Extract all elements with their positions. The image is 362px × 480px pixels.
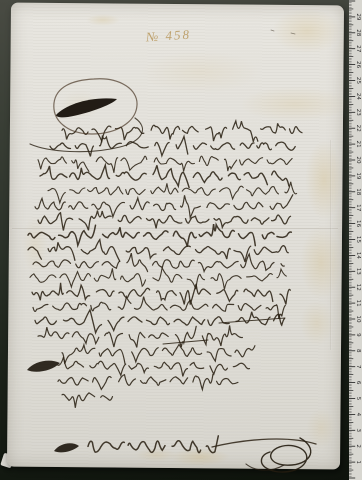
ruler-number-label: 19 xyxy=(355,172,361,180)
ruler-number-label: 27 xyxy=(355,45,361,53)
signature-paraph xyxy=(261,438,310,472)
handwritten-line-main-paragraph xyxy=(50,137,295,157)
ruler-number-label: 11 xyxy=(355,300,361,308)
ruler-number-label: 3 xyxy=(355,429,361,433)
handwritten-line-main-paragraph xyxy=(38,211,291,231)
ruler-number-label: 20 xyxy=(355,156,361,164)
ruler-number-label: 13 xyxy=(355,268,361,276)
handwritten-line-main-paragraph xyxy=(30,268,286,290)
ink-speck-a xyxy=(271,30,274,31)
signature-cross-stroke xyxy=(212,439,316,447)
ruler-number-label: 4 xyxy=(355,413,361,417)
ruler-number-label: 17 xyxy=(355,204,361,212)
closing-swash xyxy=(27,361,60,372)
ruler-number-label: 14 xyxy=(355,252,361,260)
handwritten-line-main-paragraph xyxy=(48,182,297,203)
handwritten-line-closing-paragraph xyxy=(58,357,250,376)
scan-backdrop: № 458 1234567891011121314151617181920212… xyxy=(0,0,362,480)
ruler-number-label: 29 xyxy=(355,13,361,21)
ruler-number-label: 15 xyxy=(355,236,361,244)
measurement-ruler: 1234567891011121314151617181920212223242… xyxy=(349,0,362,480)
underline-word-a xyxy=(219,318,285,323)
handwritten-line-main-paragraph xyxy=(28,240,288,262)
handwritten-line-main-paragraph xyxy=(35,195,293,218)
underline-word-b xyxy=(163,340,208,344)
handwritten-line-closing-paragraph xyxy=(62,393,113,408)
handwritten-line-closing-paragraph xyxy=(62,345,255,364)
ruler-number-label: 21 xyxy=(355,141,361,149)
handwritten-line-main-paragraph xyxy=(28,224,291,247)
ruler-number-label: 25 xyxy=(355,77,361,85)
ruler-number-label: 1 xyxy=(355,460,361,464)
handwritten-line-closing-paragraph xyxy=(58,374,238,389)
handwritten-line-signature-line xyxy=(88,436,218,453)
ruler-number-label: 26 xyxy=(355,61,361,69)
ruler-number-label: 18 xyxy=(355,188,361,196)
handwriting-ink-layer xyxy=(0,0,362,480)
ruler-number-label: 7 xyxy=(355,365,361,369)
ruler-number-label: 24 xyxy=(355,93,361,101)
ruler-number-label: 16 xyxy=(355,220,361,228)
handwritten-line-main-paragraph xyxy=(33,297,285,319)
ruler-number-label: 2 xyxy=(355,444,361,448)
ruler-number-label: 12 xyxy=(355,284,361,291)
handwritten-line-main-paragraph xyxy=(38,156,292,173)
ruler-number-label: 10 xyxy=(355,315,361,323)
presignature-swash xyxy=(54,443,79,452)
ruler-number-label: 22 xyxy=(355,125,361,132)
ruler-number-label: 6 xyxy=(355,381,361,385)
ruler-number-label: 5 xyxy=(355,397,361,401)
ruler-number-label: 28 xyxy=(355,29,361,37)
ruler-number-label: 8 xyxy=(355,349,361,353)
ruler-number-label: 23 xyxy=(355,109,361,117)
ink-speck-b xyxy=(291,33,295,34)
handwritten-line-main-paragraph xyxy=(62,121,302,142)
ruler-number-label: 9 xyxy=(355,333,361,337)
handwritten-line-main-paragraph xyxy=(38,325,242,347)
rubric-blade xyxy=(56,98,117,117)
